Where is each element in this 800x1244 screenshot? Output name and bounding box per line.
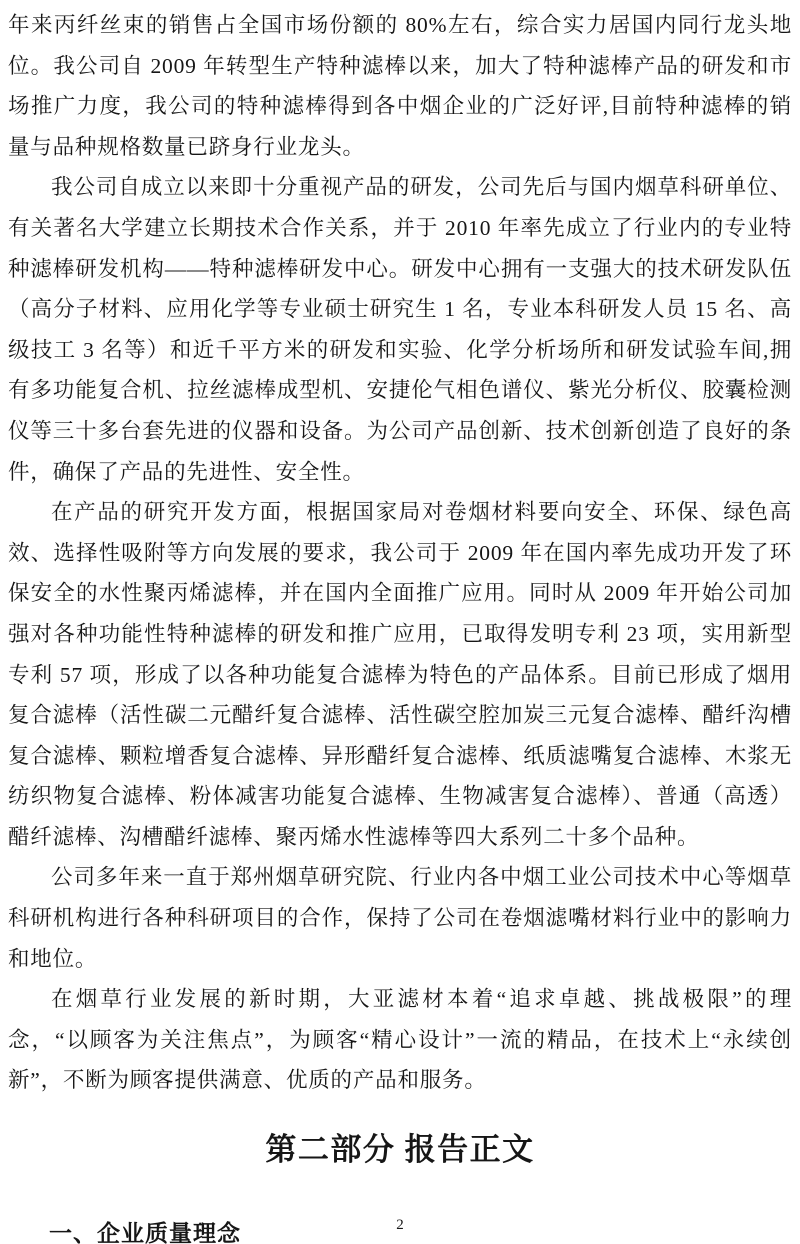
body-paragraph-1: 年来丙纤丝束的销售占全国市场份额的 80%左右，综合实力居国内同行龙头地位。我公… (8, 5, 792, 167)
body-paragraph-4: 公司多年来一直于郑州烟草研究院、行业内各中烟工业公司技术中心等烟草科研机构进行各… (8, 857, 792, 979)
document-page: 年来丙纤丝束的销售占全国市场份额的 80%左右，综合实力居国内同行龙头地位。我公… (0, 0, 800, 1244)
body-paragraph-3: 在产品的研究开发方面，根据国家局对卷烟材料要向安全、环保、绿色高效、选择性吸附等… (8, 492, 792, 857)
page-number: 2 (0, 1217, 800, 1234)
body-paragraph-2: 我公司自成立以来即十分重视产品的研发，公司先后与国内烟草科研单位、有关著名大学建… (8, 167, 792, 492)
part-heading: 第二部分 报告正文 (8, 1127, 792, 1173)
body-paragraph-5: 在烟草行业发展的新时期，大亚滤材本着“追求卓越、挑战极限”的理念，“以顾客为关注… (8, 979, 792, 1101)
